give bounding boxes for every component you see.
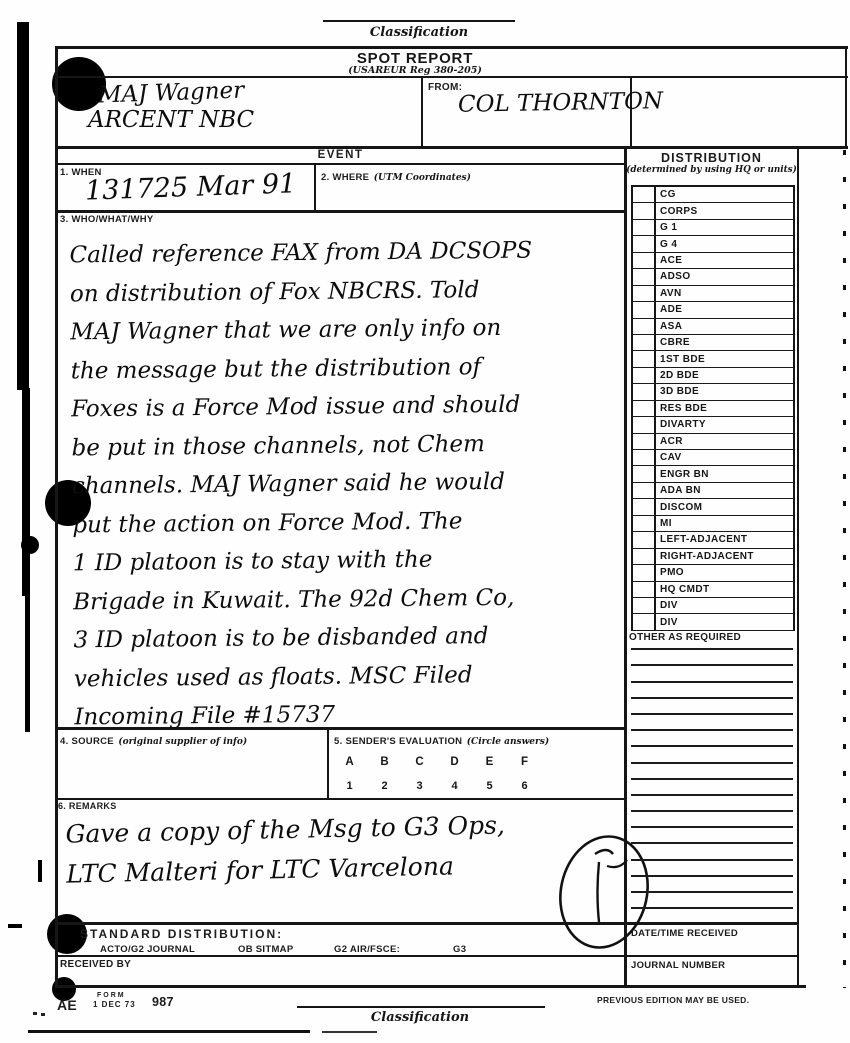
where-label-number: 2. WHERE: [321, 172, 369, 183]
distribution-row: RIGHT-ADJACENT: [631, 549, 793, 565]
where-label-paren: (UTM Coordinates): [374, 173, 471, 183]
evaluation-letter: E: [472, 756, 507, 768]
evaluation-number: 2: [367, 780, 402, 792]
distribution-row: DIVARTY: [631, 417, 793, 433]
evaluation-letters: ABCDEF: [332, 752, 542, 770]
distribution-checkbox: [631, 302, 654, 317]
evaluation-label-number: 5. SENDER'S EVALUATION: [334, 736, 462, 747]
form-border: [421, 78, 423, 146]
distribution-checkbox: [631, 203, 654, 218]
evaluation-letter: C: [402, 756, 437, 768]
form-border: [55, 985, 806, 988]
date-time-received-label: DATE/TIME RECEIVED: [631, 928, 738, 939]
body-handwriting-line: 1 ID platoon is to stay with the: [73, 546, 536, 589]
distribution-checkbox: [631, 368, 654, 383]
distribution-checkbox: [631, 220, 654, 235]
distribution-item-label: ENGR BN: [654, 469, 709, 480]
distribution-subtitle: (determined by using HQ or units): [626, 165, 797, 175]
scan-dot: [33, 1012, 37, 1015]
distribution-blank-line: [631, 780, 793, 796]
distribution-item-label: ACE: [654, 255, 682, 266]
source-label-paren: (original supplier of info): [118, 737, 247, 747]
distribution-checkbox: [631, 582, 654, 597]
distribution-row: CORPS: [631, 203, 793, 219]
distribution-item-label: ACR: [654, 436, 683, 447]
form-border: [55, 76, 848, 78]
received-by-label: RECEIVED BY: [60, 959, 131, 970]
classification-overline: [323, 20, 515, 22]
body-handwriting-line: MAJ Wagner that we are only info on: [70, 315, 533, 358]
distribution-checkbox: [631, 483, 654, 498]
distribution-row: CAV: [631, 450, 793, 466]
distribution-item-label: ADA BN: [654, 485, 701, 496]
body-handwriting: Called reference FAX from DA DCSOPSon di…: [69, 238, 537, 743]
distribution-checkbox: [631, 450, 654, 465]
distribution-checkbox: [631, 549, 654, 564]
distribution-item-label: PMO: [654, 567, 684, 578]
remarks-handwriting-line: LTC Malteri for LTC Varcelona: [66, 850, 506, 899]
form-date: 1 DEC 73: [93, 1000, 136, 1009]
distribution-blank-line: [631, 796, 793, 812]
distribution-blank-line: [631, 731, 793, 747]
standard-distribution-item: OB SITMAP: [238, 944, 293, 955]
source-label: 4. SOURCE (original supplier of info): [60, 731, 247, 749]
distribution-item-label: HQ CMDT: [654, 584, 709, 595]
body-handwriting-line: the message but the distribution of: [71, 353, 534, 396]
form-border: [797, 146, 799, 987]
body-handwriting-line: 3 ID platoon is to be disbanded and: [73, 623, 536, 666]
distribution-list: CG CORPS G 1 G 4 ACE: [631, 187, 793, 631]
scan-dot: [41, 1013, 45, 1016]
distribution-item-label: DIVARTY: [654, 419, 706, 430]
distribution-checkbox: [631, 401, 654, 416]
form-border: [55, 922, 799, 925]
standard-distribution-item: G3: [453, 944, 466, 955]
distribution-checkbox: [631, 466, 654, 481]
distribution-checkbox: [631, 187, 654, 202]
distribution-blank-line: [631, 844, 793, 860]
body-handwriting-line: channels. MAJ Wagner said he would: [72, 469, 535, 512]
standard-distribution-item: G2 AIR/FSCE:: [334, 944, 400, 955]
form-border: [55, 210, 626, 213]
distribution-blank-line: [631, 650, 793, 666]
classification-overline: [297, 1006, 545, 1008]
distribution-row: HQ CMDT: [631, 582, 793, 598]
distribution-checkbox: [631, 384, 654, 399]
form-prefix: AE: [57, 997, 77, 1013]
form-border: [55, 798, 626, 800]
distribution-checkbox: [631, 434, 654, 449]
distribution-row: DIV: [631, 598, 793, 614]
evaluation-label-paren: (Circle answers): [467, 737, 549, 747]
distribution-blank-lines: [631, 634, 793, 909]
evaluation-number: 4: [437, 780, 472, 792]
evaluation-number: 6: [507, 780, 542, 792]
distribution-list-border: [793, 185, 795, 631]
distribution-row: ADA BN: [631, 483, 793, 499]
distribution-checkbox: [631, 286, 654, 301]
distribution-row: ADE: [631, 302, 793, 318]
distribution-checkbox: [631, 532, 654, 547]
journal-number-label: JOURNAL NUMBER: [631, 960, 725, 971]
previous-edition-note: PREVIOUS EDITION MAY BE USED.: [597, 995, 749, 1005]
body-handwriting-line: be put in those channels, not Chem: [71, 430, 534, 473]
evaluation-letter: A: [332, 756, 367, 768]
distribution-item-label: ADSO: [654, 271, 691, 282]
distribution-row: ADSO: [631, 269, 793, 285]
distribution-item-label: G 1: [654, 222, 677, 233]
form-word: FORM: [97, 992, 126, 999]
scan-blob: [21, 536, 39, 554]
distribution-row: G 1: [631, 220, 793, 236]
distribution-row: G 4: [631, 236, 793, 252]
distribution-row: DISCOM: [631, 499, 793, 515]
from-value: COL THORNTON: [458, 88, 663, 118]
distribution-row: DIV: [631, 614, 793, 630]
distribution-blank-line: [631, 715, 793, 731]
scan-mark: [38, 860, 42, 882]
distribution-row: ACE: [631, 253, 793, 269]
distribution-checkbox: [631, 319, 654, 334]
body-handwriting-line: Foxes is a Force Mod issue and should: [71, 392, 534, 435]
distribution-blank-line: [631, 812, 793, 828]
distribution-blank-line: [631, 893, 793, 909]
evaluation-label: 5. SENDER'S EVALUATION (Circle answers): [334, 731, 549, 749]
distribution-title: DISTRIBUTION: [626, 151, 797, 165]
to-value-line1: MAJ Wagner: [98, 77, 245, 108]
scan-mark: [8, 924, 22, 928]
distribution-row: MI: [631, 516, 793, 532]
distribution-item-label: DIV: [654, 617, 678, 628]
distribution-item-label: 2D BDE: [654, 370, 699, 381]
evaluation-letter: D: [437, 756, 472, 768]
remarks-label: 6. REMARKS: [58, 801, 117, 811]
distribution-row: PMO: [631, 565, 793, 581]
distribution-item-label: MI: [654, 518, 672, 529]
form-border: [55, 955, 799, 957]
form-reg-number: (USAREUR Reg 380-205): [55, 65, 775, 76]
form-border: [55, 163, 626, 165]
distribution-row: ACR: [631, 434, 793, 450]
distribution-item-label: ADE: [654, 304, 682, 315]
distribution-item-label: RES BDE: [654, 403, 707, 414]
distribution-row: ENGR BN: [631, 466, 793, 482]
body-handwriting-line: on distribution of Fox NBCRS. Told: [70, 276, 533, 319]
distribution-checkbox: [631, 417, 654, 432]
form-border: [55, 46, 848, 49]
distribution-item-label: DISCOM: [654, 502, 702, 513]
distribution-checkbox: [631, 598, 654, 613]
distribution-blank-line: [631, 747, 793, 763]
distribution-blank-line: [631, 699, 793, 715]
distribution-checkbox: [631, 516, 654, 531]
distribution-checkbox: [631, 253, 654, 268]
distribution-item-label: CAV: [654, 452, 682, 463]
who-what-why-label: 3. WHO/WHAT/WHY: [60, 214, 154, 225]
distribution-checkbox: [631, 335, 654, 350]
distribution-row: 1ST BDE: [631, 351, 793, 367]
distribution-item-label: ASA: [654, 321, 682, 332]
evaluation-numbers: 123456: [332, 776, 542, 794]
distribution-item-label: LEFT-ADJACENT: [654, 534, 747, 545]
distribution-blank-line: [631, 666, 793, 682]
scan-edge-bar: [17, 22, 29, 390]
remarks-handwriting: Gave a copy of the Msg to G3 Ops,LTC Mal…: [65, 810, 506, 899]
distribution-row: ASA: [631, 319, 793, 335]
distribution-checkbox: [631, 351, 654, 366]
form-border: [55, 46, 58, 987]
distribution-checkbox: [631, 565, 654, 580]
distribution-checkbox: [631, 269, 654, 284]
scan-right-edge-dashes: [843, 150, 846, 988]
distribution-item-label: 3D BDE: [654, 386, 699, 397]
evaluation-number: 1: [332, 780, 367, 792]
form-border: [314, 163, 316, 210]
evaluation-letter: B: [367, 756, 402, 768]
distribution-checkbox: [631, 236, 654, 251]
distribution-item-label: AVN: [654, 288, 682, 299]
distribution-row: RES BDE: [631, 401, 793, 417]
evaluation-number: 3: [402, 780, 437, 792]
scan-edge-bar: [22, 388, 30, 596]
body-handwriting-line: Brigade in Kuwait. The 92d Chem Co,: [73, 584, 536, 627]
distribution-item-label: CG: [654, 189, 676, 200]
event-section-label: EVENT: [55, 149, 626, 161]
scan-bottom-line: [322, 1031, 377, 1033]
standard-distribution-label: STANDARD DISTRIBUTION:: [80, 927, 283, 941]
distribution-blank-line: [631, 683, 793, 699]
evaluation-letter: F: [507, 756, 542, 768]
distribution-item-label: CBRE: [654, 337, 690, 348]
body-handwriting-line: put the action on Force Mod. The: [72, 507, 535, 550]
distribution-checkbox: [631, 499, 654, 514]
form-border: [845, 46, 847, 148]
evaluation-number: 5: [472, 780, 507, 792]
to-value-line2: ARCENT NBC: [88, 107, 254, 133]
distribution-item-label: DIV: [654, 600, 678, 611]
classification-top: Classification: [330, 25, 508, 40]
distribution-blank-line: [631, 764, 793, 780]
spot-report-form-scan: Classification SPOT REPORT (USAREUR Reg …: [0, 0, 850, 1043]
distribution-blank-line: [631, 828, 793, 844]
distribution-blank-line: [631, 634, 793, 650]
distribution-row: 2D BDE: [631, 368, 793, 384]
scan-bottom-line: [28, 1030, 310, 1033]
body-handwriting-line: Called reference FAX from DA DCSOPS: [69, 238, 532, 281]
body-handwriting-line: vehicles used as floats. MSC Filed: [74, 661, 537, 704]
distribution-blank-line: [631, 877, 793, 893]
distribution-item-label: CORPS: [654, 206, 698, 217]
distribution-row: 3D BDE: [631, 384, 793, 400]
distribution-blank-line: [631, 861, 793, 877]
distribution-item-label: RIGHT-ADJACENT: [654, 551, 754, 562]
distribution-item-label: 1ST BDE: [654, 354, 705, 365]
distribution-row: CG: [631, 187, 793, 203]
distribution-row: AVN: [631, 286, 793, 302]
when-value: 131725 Mar 91: [85, 168, 297, 206]
distribution-row: LEFT-ADJACENT: [631, 532, 793, 548]
scan-edge-bar: [25, 594, 30, 732]
distribution-item-label: G 4: [654, 239, 677, 250]
classification-bottom: Classification: [320, 1010, 520, 1025]
standard-distribution-item: ACTO/G2 JOURNAL: [100, 944, 195, 955]
distribution-checkbox: [631, 614, 654, 629]
source-label-number: 4. SOURCE: [60, 736, 114, 747]
where-label: 2. WHERE (UTM Coordinates): [321, 167, 471, 185]
distribution-row: CBRE: [631, 335, 793, 351]
form-number: 987: [152, 995, 174, 1009]
